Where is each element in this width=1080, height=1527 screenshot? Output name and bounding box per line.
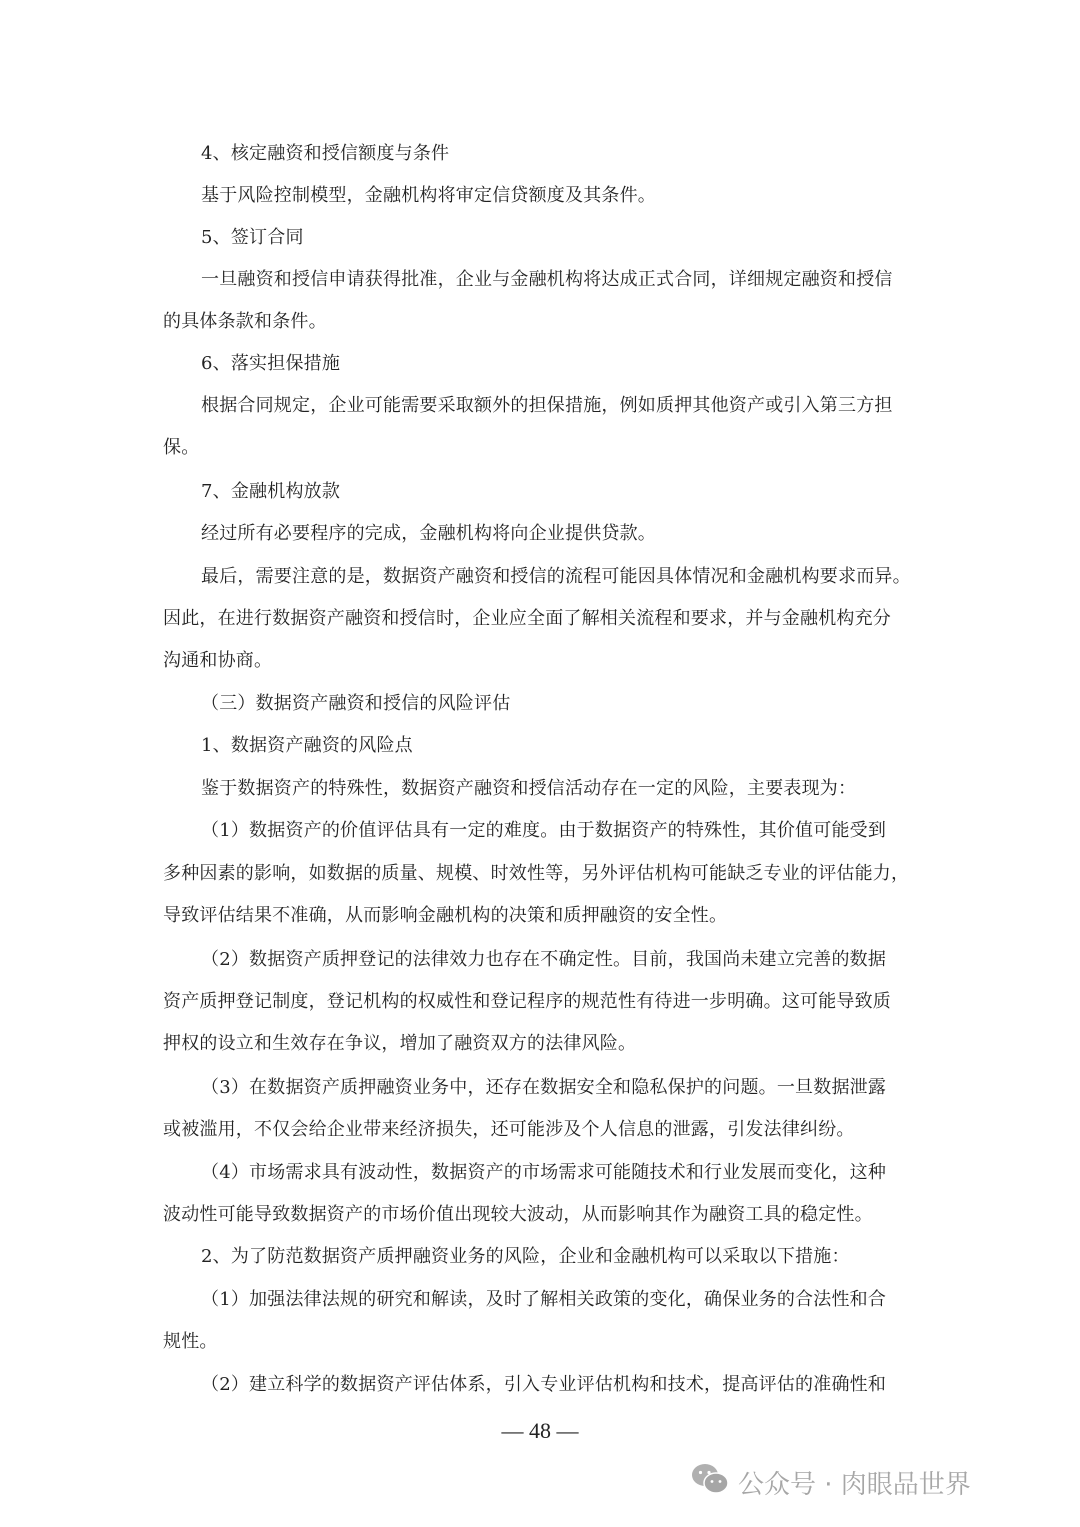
section-heading: （三）数据资产融资和授信的风险评估	[201, 683, 510, 725]
heading-line: 6、落实担保措施	[201, 343, 340, 385]
heading-line: 2、为了防范数据资产质押融资业务的风险，企业和金融机构可以采取以下措施：	[201, 1236, 850, 1278]
heading-line: 4、核定融资和授信额度与条件	[201, 133, 449, 175]
paragraph-line: 导致评估结果不准确，从而影响金融机构的决策和质押融资的安全性。	[163, 895, 727, 937]
paragraph-line: 鉴于数据资产的特殊性，数据资产融资和授信活动存在一定的风险，主要表现为：	[201, 768, 856, 810]
paragraph-line: 押权的设立和生效存在争议，增加了融资双方的法律风险。	[163, 1023, 636, 1065]
page-number: — 48 —	[0, 1418, 1080, 1444]
paragraph-line: （1）数据资产的价值评估具有一定的难度。由于数据资产的特殊性，其价值可能受到	[201, 810, 886, 852]
paragraph-line: 根据合同规定，企业可能需要采取额外的担保措施，例如质押其他资产或引入第三方担	[201, 385, 893, 427]
paragraph-line: （1）加强法律法规的研究和解读，及时了解相关政策的变化，确保业务的合法性和合	[201, 1279, 886, 1321]
heading-line: 1、数据资产融资的风险点	[201, 725, 413, 767]
paragraph-line: （3）在数据资产质押融资业务中，还存在数据安全和隐私保护的问题。一旦数据泄露	[201, 1067, 886, 1109]
paragraph-line: 资产质押登记制度，登记机构的权威性和登记程序的规范性有待进一步明确。这可能导致质	[163, 981, 891, 1023]
paragraph-line: 的具体条款和条件。	[163, 301, 327, 343]
paragraph-line: （4）市场需求具有波动性，数据资产的市场需求可能随技术和行业发展而变化，这种	[201, 1152, 886, 1194]
paragraph-line: 基于风险控制模型，金融机构将审定信贷额度及其条件。	[201, 175, 656, 217]
wechat-icon	[690, 1462, 730, 1503]
paragraph-line: 或被滥用，不仅会给企业带来经济损失，还可能涉及个人信息的泄露，引发法律纠纷。	[163, 1109, 855, 1151]
paragraph-line: 一旦融资和授信申请获得批准，企业与金融机构将达成正式合同，详细规定融资和授信	[201, 259, 893, 301]
paragraph-line: 保。	[163, 427, 199, 469]
paragraph-line: 因此，在进行数据资产融资和授信时，企业应全面了解相关流程和要求，并与金融机构充分	[163, 598, 891, 640]
heading-line: 5、签订合同	[201, 217, 304, 259]
paragraph-line: 沟通和协商。	[163, 640, 272, 682]
heading-line: 7、金融机构放款	[201, 471, 340, 513]
paragraph-line: 最后，需要注意的是，数据资产融资和授信的流程可能因具体情况和金融机构要求而异。	[201, 556, 911, 598]
paragraph-line: 波动性可能导致数据资产的市场价值出现较大波动，从而影响其作为融资工具的稳定性。	[163, 1194, 873, 1236]
paragraph-line: 多种因素的影响，如数据的质量、规模、时效性等，另外评估机构可能缺乏专业的评估能力…	[163, 853, 909, 895]
paragraph-line: （2）数据资产质押登记的法律效力也存在不确定性。目前，我国尚未建立完善的数据	[201, 939, 886, 981]
paragraph-line: 经过所有必要程序的完成，金融机构将向企业提供贷款。	[201, 513, 656, 555]
watermark: 公众号 · 肉眼品世界	[690, 1462, 971, 1502]
paragraph-line: 规性。	[163, 1321, 218, 1363]
paragraph-line: （2）建立科学的数据资产评估体系，引入专业评估机构和技术，提高评估的准确性和	[201, 1364, 886, 1406]
watermark-text: 公众号 · 肉眼品世界	[738, 1464, 971, 1501]
